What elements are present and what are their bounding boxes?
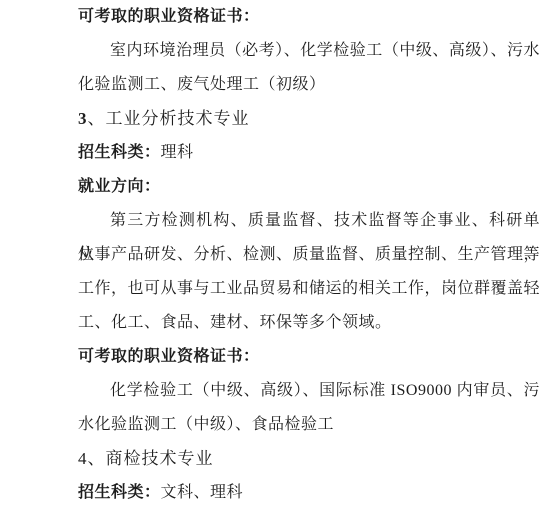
major-3-enroll-label: 招生科类： [78,144,161,161]
major-3-enroll: 招生科类：理科 [78,136,540,170]
major-3-career-line-1: 第三方检测机构、质量监督、技术监督等企事业、科研单位， [78,204,540,238]
major-4-enroll-label: 招生科类： [78,484,161,501]
major-4-number: 4 [78,449,88,468]
major-3-number: 3 [78,109,88,128]
major-3-career-line-2: 从事产品研发、分析、检测、质量监督、质量控制、生产管理等 [78,238,540,272]
major-4-title: 、商检技术专业 [88,449,214,468]
major-3-career-line-3: 工作，也可从事与工业品贸易和储运的相关工作，岗位群覆盖轻 [78,272,540,306]
cert-1-line-1: 室内环境治理员（必考）、化学检验工（中级、高级）、污水 [78,34,540,68]
cert-2-line-2: 水化验监测工（中级）、食品检验工 [78,408,540,442]
major-4-enroll: 招生科类：文科、理科 [78,476,540,510]
cert-heading-2: 可考取的职业资格证书： [78,340,540,374]
cert-2-line-1: 化学检验工（中级、高级）、国际标准 ISO9000 内审员、污 [78,374,540,408]
major-3-enroll-value: 理科 [161,144,194,161]
major-3-heading: 3、工业分析技术专业 [78,102,540,136]
major-4-enroll-value: 文科、理科 [161,484,244,501]
document-page: 可考取的职业资格证书： 室内环境治理员（必考）、化学检验工（中级、高级）、污水 … [0,0,555,517]
major-4-heading: 4、商检技术专业 [78,442,540,476]
major-3-career-line-4: 工、化工、食品、建材、环保等多个领域。 [78,306,540,340]
major-3-career-label: 就业方向： [78,170,540,204]
cert-1-line-2: 化验监测工、废气处理工（初级） [78,68,540,102]
major-3-title: 、工业分析技术专业 [88,109,250,128]
cert-heading-1: 可考取的职业资格证书： [78,0,540,34]
